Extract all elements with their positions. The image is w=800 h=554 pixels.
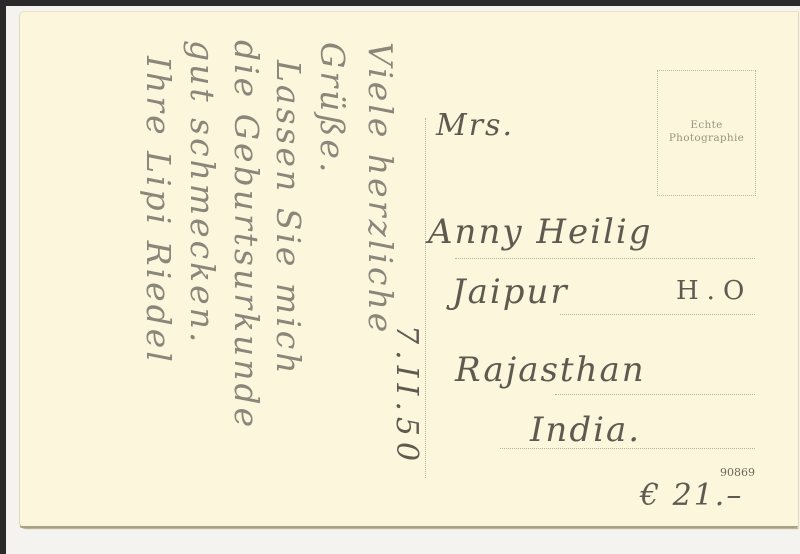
address-city-suffix: H.O <box>676 276 752 306</box>
address-name: Anny Heilig <box>428 212 653 252</box>
stamp-label-line2: Photographie <box>658 132 755 145</box>
address-rule-1 <box>455 258 755 259</box>
postcard-edge-shadow <box>20 526 798 528</box>
stamp-label-line1: Echte <box>658 119 755 132</box>
stamp-box-label: Echte Photographie <box>658 119 755 145</box>
message-line-1: Viele herzliche <box>361 42 400 335</box>
center-divider <box>425 118 426 478</box>
message-line-3: Lassen Sie mich <box>269 60 308 377</box>
address-salutation: Mrs. <box>436 108 514 143</box>
address-rule-2 <box>560 314 755 315</box>
message-line-5: gut schmecken. <box>183 40 222 345</box>
message-line-6: Ihre Lipi Riedel <box>139 56 178 365</box>
message-area: Viele herzliche Grüße. Lassen Sie mich d… <box>78 20 408 500</box>
date-written: 7.II.50 <box>389 325 424 467</box>
address-rule-3 <box>555 394 755 395</box>
scan-edge-left <box>0 0 6 554</box>
message-line-2: Grüße. <box>313 42 352 175</box>
stamp-box: Echte Photographie <box>657 70 756 196</box>
message-line-4: die Geburtsurkunde <box>227 40 266 430</box>
address-region: Rajasthan <box>455 350 646 390</box>
scan-edge-top <box>0 0 800 6</box>
price-note: € 21.– <box>640 478 743 513</box>
address-country: India. <box>530 410 641 450</box>
address-city: Jaipur <box>452 272 569 312</box>
